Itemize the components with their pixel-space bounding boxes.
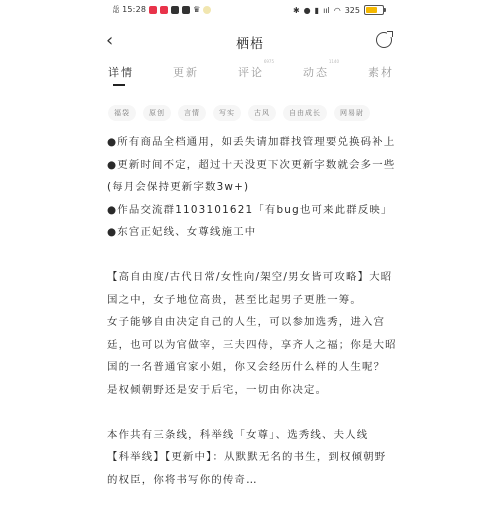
header: ‹ 栖梧 — [100, 30, 400, 56]
tag-chip[interactable]: 福袋 — [108, 105, 136, 121]
tab-updates[interactable]: 更新 — [173, 64, 199, 80]
battery-icon — [364, 5, 384, 15]
tab-bar: 详情 更新 评论6975 动态1140 素材 — [100, 64, 400, 90]
app-notification-icon — [160, 6, 168, 14]
tag-chip[interactable]: 写实 — [213, 105, 241, 121]
description-line: 女子能够自由决定自己的人生，可以参加选秀，进入宫廷，也可以为官做宰，三夫四侍，享… — [107, 311, 397, 379]
app-screen: 4GHD 15:28 ♛ ✱ ● ▮ ııl ◠ 325 ‹ 栖梧 详情 更新 … — [100, 0, 400, 532]
app-notification-icon — [171, 6, 179, 14]
app-notification-icon — [149, 6, 157, 14]
clock: 15:28 — [122, 5, 146, 14]
tag-chip[interactable]: 古风 — [248, 105, 276, 121]
description-line: ●所有商品全档通用，如丢失请加群找管理要兑换码补上 — [107, 131, 397, 154]
bluetooth-icon: ✱ — [293, 6, 300, 15]
spacer — [107, 244, 397, 267]
description-line: 【科举线】【更新中】：从默默无名的书生，到权倾朝野的权臣，你将书写你的传奇… — [107, 446, 397, 491]
dnd-icon: ● — [304, 6, 311, 15]
spacer — [107, 401, 397, 424]
description-line: 【高自由度/古代日常/女性向/架空/男女皆可攻略】大昭国之中，女子地位高贵，甚至… — [107, 266, 397, 311]
description-body: ●所有商品全档通用，如丢失请加群找管理要兑换码补上 ●更新时间不定，超过十天没更… — [107, 131, 397, 491]
tag-chip[interactable]: 言情 — [178, 105, 206, 121]
tag-chip[interactable]: 网易尉 — [334, 105, 370, 121]
share-icon[interactable] — [376, 32, 392, 48]
description-line: ●更新时间不定，超过十天没更下次更新字数就会多一些(每月会保持更新字数3w+) — [107, 154, 397, 199]
description-line: 本作共有三条线，科举线「女尊」、选秀线、夫人线 — [107, 424, 397, 447]
vibrate-icon: ▮ — [315, 6, 319, 15]
tag-list: 福袋 原创 言情 写实 古风 自由成长 网易尉 — [108, 105, 398, 121]
status-bar: 4GHD 15:28 ♛ ✱ ● ▮ ııl ◠ 325 — [100, 0, 400, 20]
app-notification-icon — [203, 6, 211, 14]
app-notification-icon — [182, 6, 190, 14]
tag-chip[interactable]: 原创 — [143, 105, 171, 121]
tab-materials[interactable]: 素材 — [368, 64, 394, 80]
signal-icon: ııl — [323, 6, 330, 15]
activity-count-badge: 1140 — [329, 59, 339, 64]
tab-activity[interactable]: 动态1140 — [303, 64, 329, 80]
tab-comments[interactable]: 评论6975 — [238, 64, 264, 80]
network-indicator: 4GHD — [113, 6, 119, 14]
wifi-icon: ◠ — [334, 6, 341, 15]
crown-icon: ♛ — [193, 5, 200, 14]
tab-details[interactable]: 详情 — [108, 64, 134, 80]
description-line: 是权倾朝野还是安于后宅，一切由你决定。 — [107, 379, 397, 402]
tag-chip[interactable]: 自由成长 — [283, 105, 327, 121]
page-title: 栖梧 — [100, 33, 400, 52]
active-tab-indicator — [113, 84, 125, 86]
description-line: ●东宫正妃线、女尊线施工中 — [107, 221, 397, 244]
status-text: 325 — [345, 6, 360, 15]
description-line: ●作品交流群1103101621「有bug也可来此群反映」 — [107, 199, 397, 222]
comment-count-badge: 6975 — [264, 59, 274, 64]
